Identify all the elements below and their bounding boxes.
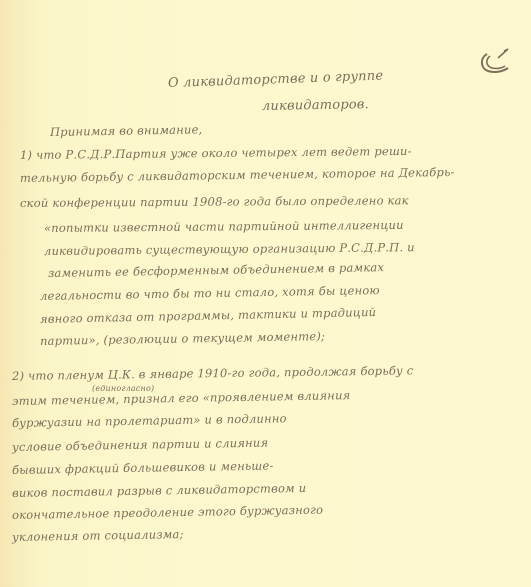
paragraph2-line: этим течением, признал его «проявлением … — [12, 388, 351, 408]
page-number-mark-icon — [478, 46, 512, 76]
paragraph1-line: тельную борьбу с ликвидаторским течением… — [20, 165, 455, 185]
title-line-1: О ликвидаторстве и о группе — [168, 68, 384, 91]
paragraph1-line: партии», (резолюции о текущем моменте); — [40, 329, 325, 348]
paragraph2-line: уклонения от социализма; — [12, 527, 184, 544]
paragraph2-line: виков поставил разрыв с ликвидаторством … — [12, 481, 307, 500]
title-line-2: ликвидаторов. — [262, 97, 369, 114]
paragraph1-line: заменить ее бесформенным объединением в … — [48, 260, 384, 280]
paragraph2-line: буржуазии на пролетариат» и в подлинно — [12, 411, 287, 430]
paragraph1-line: 1) что Р.С.Д.Р.Партия уже около четырех … — [20, 144, 412, 162]
paragraph2-line: окончательное преодоление этого буржуазн… — [12, 503, 323, 522]
paragraph1-line: явного отказа от программы, тактики и тр… — [40, 305, 377, 326]
paragraph1-line: ской конференции партии 1908-го года был… — [20, 193, 409, 210]
paragraph2-line: бывших фракций большевиков и меньше- — [12, 458, 274, 477]
paragraph2-line: 2) что пленум Ц.К. в январе 1910-го года… — [12, 363, 414, 383]
paragraph2-line: условие объединения партии и слияния — [12, 436, 269, 454]
manuscript-page: О ликвидаторстве и о группе ликвидаторов… — [0, 0, 531, 587]
paragraph1-line: «попытки известной части партийной интел… — [44, 218, 404, 235]
paragraph1-line: легальности во что бы то ни стало, хотя … — [40, 283, 380, 303]
paragraph1-line: ликвидировать существующую организацию Р… — [44, 240, 415, 258]
salutation: Принимая во внимание, — [50, 122, 203, 139]
